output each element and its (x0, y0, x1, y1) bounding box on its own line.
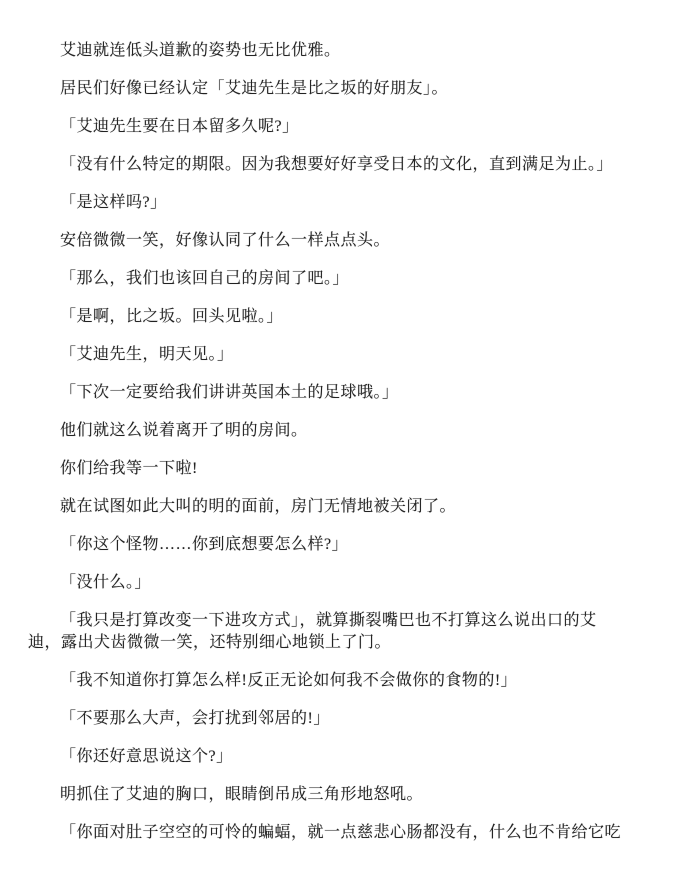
paragraph: 「艾迪先生，明天见。」 (28, 344, 654, 366)
paragraph-line: 就在试图如此大叫的明的面前，房门无情地被关闭了。 (28, 496, 654, 518)
paragraph: 他们就这么说着离开了明的房间。 (28, 420, 654, 442)
paragraph: 「艾迪先生要在日本留多久呢?」 (28, 116, 654, 138)
paragraph: 「没有什么特定的期限。因为我想要好好享受日本的文化，直到满足为止。」 (28, 154, 654, 176)
paragraph-line: 「我不知道你打算怎么样!反正无论如何我不会做你的食物的!」 (28, 670, 654, 692)
paragraph-line: 「艾迪先生，明天见。」 (28, 344, 654, 366)
paragraph-line: 「没什么。」 (28, 572, 654, 594)
paragraph-line: 「那么，我们也该回自己的房间了吧。」 (28, 268, 654, 290)
paragraph-line: 「是这样吗?」 (28, 192, 654, 214)
paragraph: 「你这个怪物……你到底想要怎么样?」 (28, 534, 654, 556)
paragraph-line: 「是啊，比之坂。回头见啦。」 (28, 306, 654, 328)
paragraph-line: 「你还好意思说这个?」 (28, 746, 654, 768)
paragraph: 「是这样吗?」 (28, 192, 654, 214)
paragraph: 「不要那么大声，会打扰到邻居的!」 (28, 708, 654, 730)
paragraph-line: 明抓住了艾迪的胸口，眼睛倒吊成三角形地怒吼。 (28, 784, 654, 806)
paragraph-line: 「没有什么特定的期限。因为我想要好好享受日本的文化，直到满足为止。」 (28, 154, 654, 176)
paragraph: 「那么，我们也该回自己的房间了吧。」 (28, 268, 654, 290)
paragraph: 「是啊，比之坂。回头见啦。」 (28, 306, 654, 328)
paragraph: 居民们好像已经认定「艾迪先生是比之坂的好朋友」。 (28, 78, 654, 100)
paragraph: 「你面对肚子空空的可怜的蝙蝠，就一点慈悲心肠都没有，什么也不肯给它吃 (28, 822, 654, 844)
paragraph-line: 「艾迪先生要在日本留多久呢?」 (28, 116, 654, 138)
paragraph: 就在试图如此大叫的明的面前，房门无情地被关闭了。 (28, 496, 654, 518)
paragraph-line: 迪，露出犬齿微微一笑，还特别细心地锁上了门。 (28, 632, 654, 654)
paragraph-line: 艾迪就连低头道歉的姿势也无比优雅。 (28, 40, 654, 62)
paragraph-line: 「不要那么大声，会打扰到邻居的!」 (28, 708, 654, 730)
paragraph: 安倍微微一笑，好像认同了什么一样点点头。 (28, 230, 654, 252)
paragraph: 「我不知道你打算怎么样!反正无论如何我不会做你的食物的!」 (28, 670, 654, 692)
paragraph-line: 「下次一定要给我们讲讲英国本土的足球哦。」 (28, 382, 654, 404)
paragraph-line: 「你面对肚子空空的可怜的蝙蝠，就一点慈悲心肠都没有，什么也不肯给它吃 (28, 822, 654, 844)
paragraph: 你们给我等一下啦! (28, 458, 654, 480)
paragraph: 「你还好意思说这个?」 (28, 746, 654, 768)
paragraph-line: 他们就这么说着离开了明的房间。 (28, 420, 654, 442)
paragraph: 「下次一定要给我们讲讲英国本土的足球哦。」 (28, 382, 654, 404)
paragraph-line: 你们给我等一下啦! (28, 458, 654, 480)
paragraph-line: 安倍微微一笑，好像认同了什么一样点点头。 (28, 230, 654, 252)
paragraph-line: 居民们好像已经认定「艾迪先生是比之坂的好朋友」。 (28, 78, 654, 100)
paragraph: 明抓住了艾迪的胸口，眼睛倒吊成三角形地怒吼。 (28, 784, 654, 806)
paragraph-line: 「我只是打算改变一下进攻方式」，就算撕裂嘴巴也不打算这么说出口的艾 (28, 610, 654, 632)
paragraph: 艾迪就连低头道歉的姿势也无比优雅。 (28, 40, 654, 62)
paragraph: 「没什么。」 (28, 572, 654, 594)
document-text: 艾迪就连低头道歉的姿势也无比优雅。居民们好像已经认定「艾迪先生是比之坂的好朋友」… (28, 40, 654, 844)
document-page: 艾迪就连低头道歉的姿势也无比优雅。居民们好像已经认定「艾迪先生是比之坂的好朋友」… (0, 0, 680, 880)
paragraph: 「我只是打算改变一下进攻方式」，就算撕裂嘴巴也不打算这么说出口的艾迪，露出犬齿微… (28, 610, 654, 654)
paragraph-line: 「你这个怪物……你到底想要怎么样?」 (28, 534, 654, 556)
